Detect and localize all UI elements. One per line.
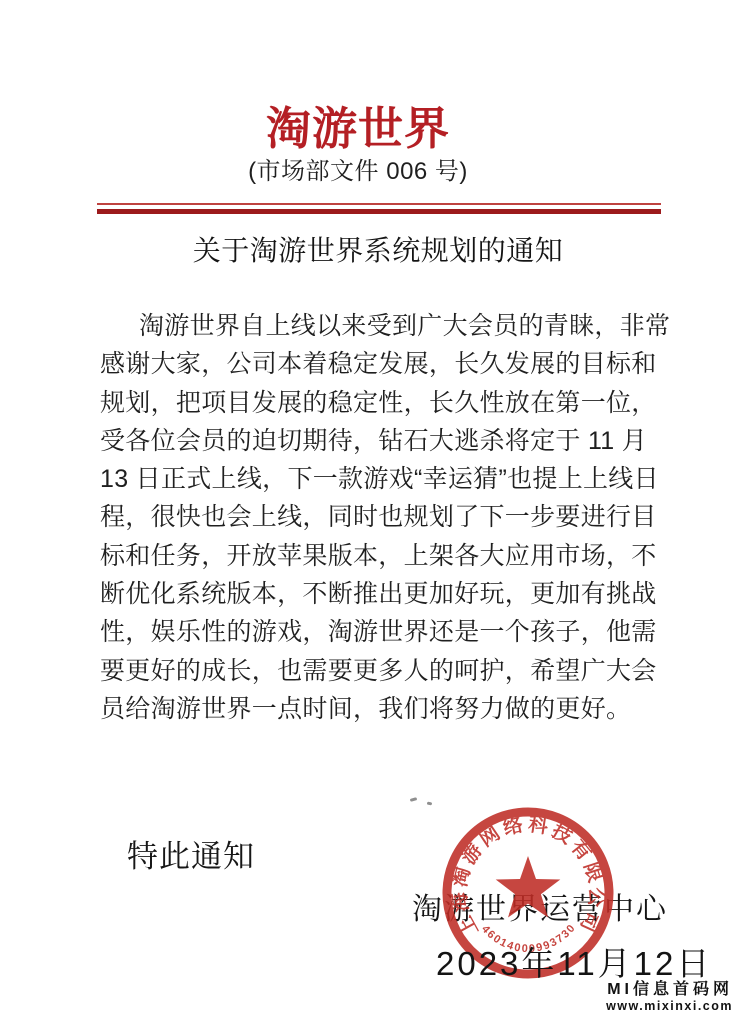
doc-number: (市场部文件 006 号) bbox=[248, 151, 468, 186]
watermark-site-url: www.mixinxi.com bbox=[606, 999, 733, 1013]
watermark-site-name: MI信息首码网 bbox=[606, 981, 733, 999]
seal-star-icon bbox=[496, 856, 561, 918]
body-line: 要更好的成长，也需要更多人的呵护，希望广大会 bbox=[100, 652, 700, 690]
document-date: 2023年11月12日 bbox=[436, 938, 712, 985]
body-line: 受各位会员的迫切期待，钻石大逃杀将定于 11 月 bbox=[100, 422, 700, 460]
divider-rule-thin bbox=[97, 203, 661, 205]
notice-document: 淘游世界 (市场部文件 006 号) 关于淘游世界系统规划的通知 淘游世界自上线… bbox=[0, 0, 738, 1024]
body-line: 规划，把项目发展的稳定性，长久性放在第一位， bbox=[100, 384, 700, 422]
notice-heading: 关于淘游世界系统规划的通知 bbox=[193, 229, 564, 269]
body-line: 标和任务，开放苹果版本，上架各大应用市场，不 bbox=[100, 537, 700, 575]
ink-speck bbox=[427, 802, 432, 806]
divider-rule-thick bbox=[97, 209, 661, 214]
ink-speck bbox=[410, 797, 418, 802]
body-line: 断优化系统版本，不断推出更加好玩，更加有挑战 bbox=[100, 575, 700, 613]
body-line: 性，娱乐性的游戏，淘游世界还是一个孩子，他需 bbox=[100, 613, 700, 651]
body-line: 感谢大家，公司本着稳定发展，长久发展的目标和 bbox=[100, 345, 700, 383]
body-line: 淘游世界自上线以来受到广大会员的青睐，非常 bbox=[100, 307, 700, 345]
body-line: 13 日正式上线，下一款游戏“幸运猜”也提上上线日 bbox=[100, 460, 700, 498]
body-line: 员给淘游世界一点时间，我们将努力做的更好。 bbox=[100, 690, 700, 728]
page-title: 淘游世界 bbox=[266, 92, 450, 157]
body-paragraph: 淘游世界自上线以来受到广大会员的青睐，非常 感谢大家，公司本着稳定发展，长久发展… bbox=[100, 307, 700, 728]
closing-notice: 特此通知 bbox=[127, 831, 255, 876]
watermark: MI信息首码网 www.mixinxi.com bbox=[606, 981, 733, 1014]
body-line: 程，很快也会上线，同时也规划了下一步要进行目 bbox=[100, 498, 700, 536]
